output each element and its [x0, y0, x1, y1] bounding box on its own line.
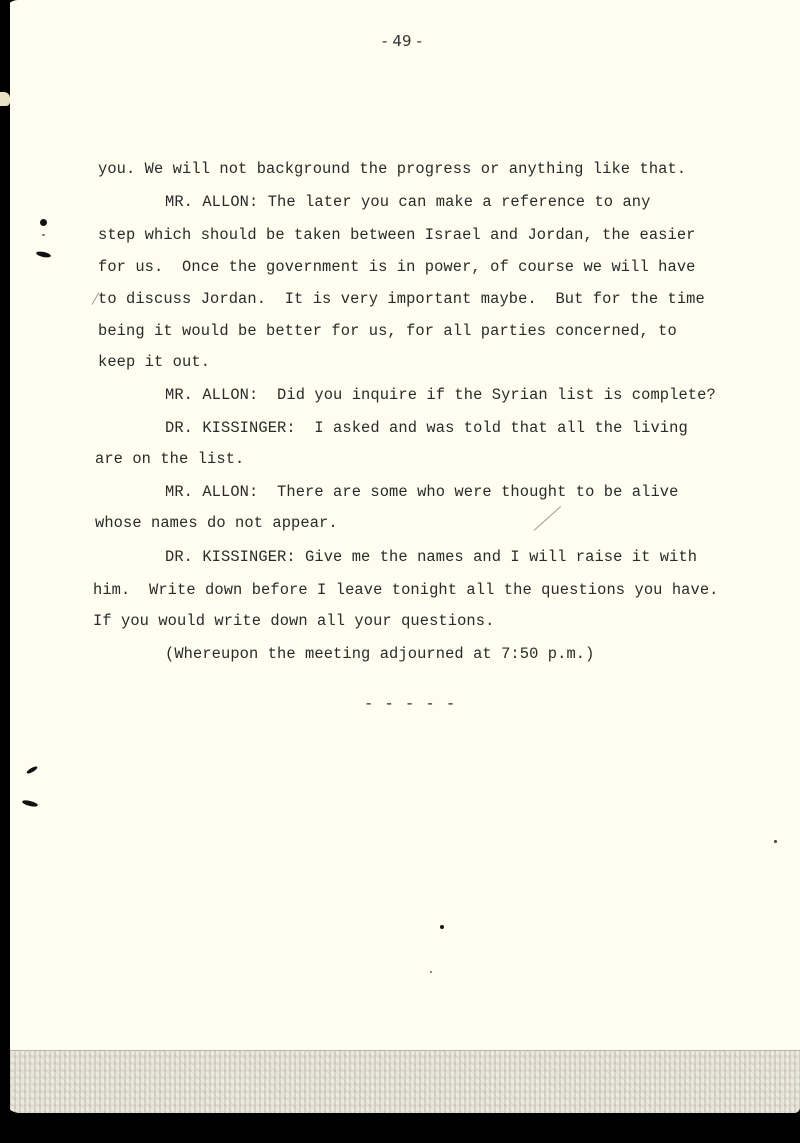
transcript-line: to discuss Jordan. It is very important … [98, 292, 705, 307]
document-page: - 49 - you. We will not background the p… [4, 0, 800, 1113]
transcript-line: whose names do not appear. [95, 516, 338, 531]
scan-speck [774, 840, 777, 843]
binder-clip [0, 92, 10, 106]
transcript-line: MR. ALLON: There are some who were thoug… [165, 485, 678, 500]
scan-speck [430, 971, 432, 973]
transcript-line: If you would write down all your questio… [93, 614, 494, 629]
transcript-line: you. We will not background the progress… [98, 162, 686, 177]
transcript-line: step which should be taken between Israe… [98, 228, 696, 243]
transcript-line: MR. ALLON: The later you can make a refe… [165, 195, 650, 210]
scan-border [0, 0, 10, 1143]
transcript-line: are on the list. [95, 452, 244, 467]
transcript-line: DR. KISSINGER: Give me the names and I w… [165, 550, 697, 565]
transcript-line: MR. ALLON: Did you inquire if the Syrian… [165, 388, 716, 403]
transcript-line: him. Write down before I leave tonight a… [93, 583, 719, 598]
binding-mark [36, 250, 52, 258]
binding-mark [42, 234, 45, 236]
scan-speck [440, 925, 444, 929]
binding-mark [26, 765, 38, 774]
page-number: - 49 - [382, 34, 422, 49]
scan-noise-band [4, 1050, 800, 1113]
binding-mark [22, 799, 39, 808]
end-separator: - - - - - [364, 697, 456, 712]
transcript-line: for us. Once the government is in power,… [98, 260, 696, 275]
binding-mark [40, 219, 47, 226]
transcript-line: (Whereupon the meeting adjourned at 7:50… [165, 647, 594, 662]
transcript-line: keep it out. [98, 355, 210, 370]
transcript-line: being it would be better for us, for all… [98, 324, 677, 339]
pencil-stroke [534, 506, 561, 531]
transcript-line: DR. KISSINGER: I asked and was told that… [165, 421, 688, 436]
